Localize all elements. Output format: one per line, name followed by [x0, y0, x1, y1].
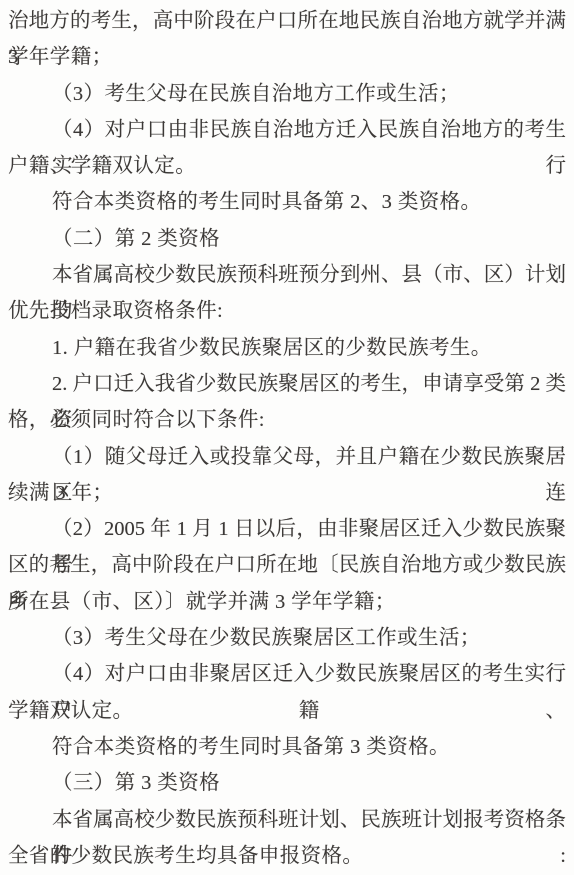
text-line: 优先投档录取资格条件: [8, 293, 566, 329]
text-line: 区的考生，高中阶段在户口所在地〔民族自治地方或少数民族乡 [8, 547, 566, 583]
text-line: （4）对户口由非民族自治地方迁入民族自治地方的考生实行 [8, 112, 566, 148]
text-line: （3）考生父母在民族自治地方工作或生活； [8, 76, 566, 112]
text-line: 符合本类资格的考生同时具备第 3 类资格。 [8, 729, 566, 765]
text-line: 学年学籍； [8, 39, 566, 75]
text-line: （1）随父母迁入或投靠父母，并且户籍在少数民族聚居区连 [8, 439, 566, 475]
text-line: （3）考生父母在少数民族聚居区工作或生活； [8, 620, 566, 656]
text-line: 格，必须同时符合以下条件: [8, 402, 566, 438]
text-line: 2. 户口迁入我省少数民族聚居区的考生，申请享受第 2 类资 [8, 366, 566, 402]
document-page: 治地方的考生，高中阶段在户口所在地民族自治地方就学并满 3学年学籍；（3）考生父… [0, 0, 574, 875]
text-lines: 治地方的考生，高中阶段在户口所在地民族自治地方就学并满 3学年学籍；（3）考生父… [8, 3, 566, 874]
text-line: 所在县（市、区）〕就学并满 3 学年学籍； [8, 584, 566, 620]
text-line: （二）第 2 类资格 [8, 221, 566, 257]
text-line: （三）第 3 类资格 [8, 765, 566, 801]
text-line: 治地方的考生，高中阶段在户口所在地民族自治地方就学并满 3 [8, 3, 566, 39]
text-line: （4）对户口由非聚居区迁入少数民族聚居区的考生实行户籍、 [8, 656, 566, 692]
text-line: （2）2005 年 1 月 1 日以后，由非聚居区迁入少数民族聚居 [8, 511, 566, 547]
text-line: 符合本类资格的考生同时具备第 2、3 类资格。 [8, 184, 566, 220]
text-line: 本省属高校少数民族预科班预分到州、县（市、区）计划的 [8, 257, 566, 293]
text-line: 1. 户籍在我省少数民族聚居区的少数民族考生。 [8, 330, 566, 366]
text-line: 本省属高校少数民族预科班计划、民族班计划报考资格条件: [8, 802, 566, 838]
